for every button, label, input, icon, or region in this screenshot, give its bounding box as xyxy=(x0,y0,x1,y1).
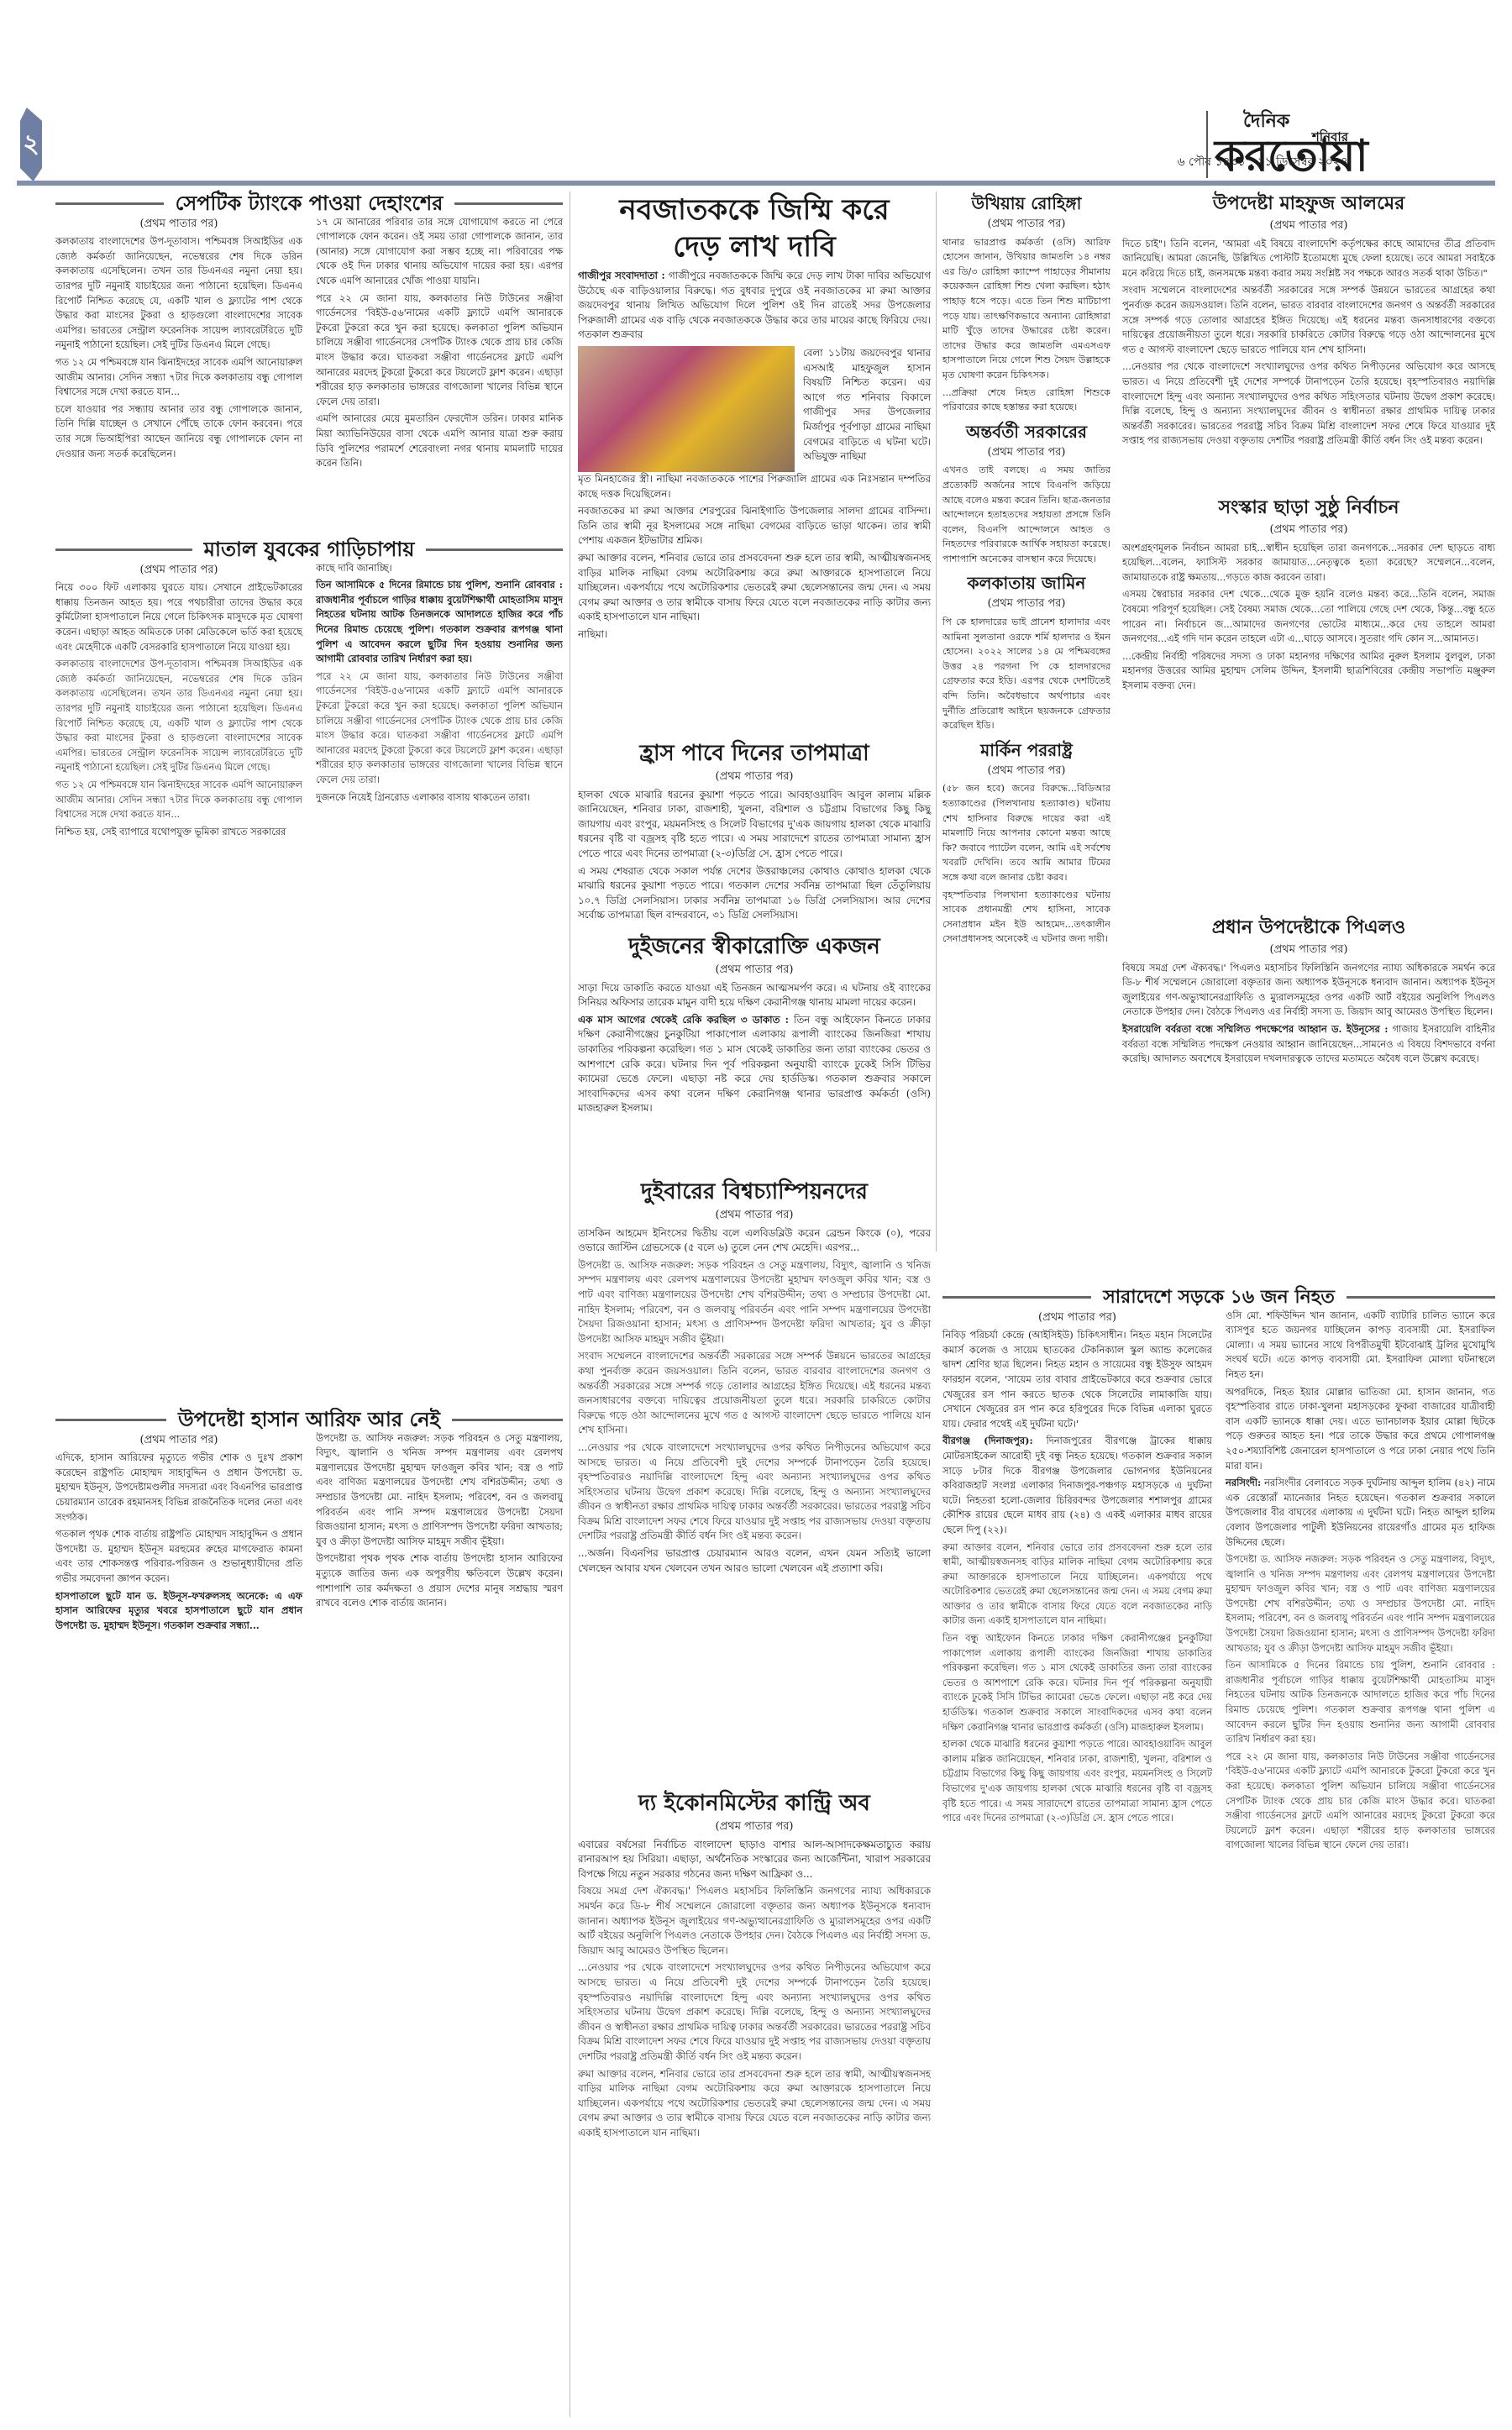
logo-prefix: দৈনিক xyxy=(1243,111,1492,131)
paragraph: (৫৮ জন হবে) জনের বিরুদ্ধে...বিডিআর হত্যা… xyxy=(942,781,1110,884)
continued-label: (প্রথম পাতার পর) xyxy=(1122,522,1495,538)
continued-label: (প্রথম পাতার পর) xyxy=(942,1310,1212,1325)
continued-label: (প্রথম পাতার পর) xyxy=(942,445,1110,460)
headline: মাতাল যুবকের গাড়িচাপায় xyxy=(55,543,563,558)
paragraph: পরে ২২ মে জানা যায়, কলকাতার নিউ টাউনের … xyxy=(316,669,563,788)
paragraph: উপদেষ্টা ড. আসিফ নজরুল: সড়ক পরিবহন ও সে… xyxy=(1226,1552,1495,1656)
paragraph: হালকা থেকে মাঝারি ধরনের কুয়াশা পড়তে পা… xyxy=(578,788,931,862)
paragraph: রুমা আক্তার বলেন, শনিবার ভোরে তার প্রসবব… xyxy=(942,1540,1212,1630)
headline: হ্রাস পাবে দিনের তাপমাত্রা xyxy=(578,739,931,768)
paragraph: সংবাদ সম্মেলনে বাংলাদেশের অন্তর্বর্তী সর… xyxy=(1122,283,1495,357)
article-confession: দুইজনের স্বীকারোক্তি একজন (প্রথম পাতার প… xyxy=(578,932,931,1119)
headline-line-1: নবজাতককে জিম্মি করে xyxy=(578,192,931,228)
paragraph: দিতে চাই"। তিনি বলেন, 'আমরা এই বিষয়ে বা… xyxy=(1122,237,1495,281)
paragraph: নাছিমা। xyxy=(578,627,931,643)
paragraph: কাছে দাবি জানাচ্ছি। xyxy=(316,561,563,576)
paragraph: অংশগ্রহণমূলক নির্বাচন আমরা চাই...স্বাধীন… xyxy=(1122,541,1495,585)
paragraph: কলকাতায় বাংলাদেশের উপ-দূতাবাস। পশ্চিমবঙ… xyxy=(55,657,302,775)
continued-label: (প্রথম পাতার পর) xyxy=(55,1433,302,1448)
page-number-badge: ২ xyxy=(20,108,42,181)
paragraph: ১৭ মে আনারের পরিবার তার সঙ্গে যোগাযোগ কর… xyxy=(316,215,563,289)
paragraph: হাসপাতালে ছুটে যান ড. ইউনূস-ফখরুলসহ অনেক… xyxy=(55,1589,302,1634)
article-hasan-arif: উপদেষ্টা হাসান আরিফ আর নেই (প্রথম পাতার … xyxy=(55,1408,563,2424)
continued-label: (প্রথম পাতার পর) xyxy=(942,596,1110,611)
headline: দুইজনের স্বীকারোক্তি একজন xyxy=(578,932,931,961)
paragraph: এ সময় শেষরাত থেকে সকাল পর্যন্ত দেশের উত… xyxy=(578,864,931,923)
paragraph: হালকা থেকে মাঝারি ধরনের কুয়াশা পড়তে পা… xyxy=(942,1737,1212,1826)
paragraph: নিবিড় পরিচর্যা কেন্দ্রে (আইসিইউ) চিকিৎস… xyxy=(942,1328,1212,1431)
article-us-state: মার্কিন পররাষ্ট্র (প্রথম পাতার পর) (৫৮ জ… xyxy=(942,738,1110,947)
continued-label: (প্রথম পাতার পর) xyxy=(578,769,931,785)
paragraph: তিন বন্ধু আইফোন কিনতে ঢাকার দক্ষিণ কেরান… xyxy=(942,1631,1212,1735)
continued-label: (প্রথম পাতার পর) xyxy=(55,563,302,578)
continued-label: (প্রথম পাতার পর) xyxy=(578,1208,931,1223)
subhead-body: তিন বন্ধু আইফোন কিনতে ঢাকার দক্ষিণ কেরান… xyxy=(578,1014,931,1115)
logo-name: করতোয়া xyxy=(1215,131,1492,181)
news-photo xyxy=(578,346,795,472)
subhead: বীরগঞ্জ (দিনাজপুর): xyxy=(942,1435,1033,1446)
paragraph: রুমা আক্তার বলেন, শনিবার ভোরে তার প্রসবব… xyxy=(578,2067,931,2141)
continued-label: (প্রথম পাতার পর) xyxy=(55,217,302,232)
headline: কলকাতায় জামিন xyxy=(942,571,1110,595)
paragraph: পরে ২২ মে জানা যায়, কলকাতার নিউ টাউনের … xyxy=(316,291,563,410)
continued-label: (প্রথম পাতার পর) xyxy=(942,764,1110,779)
article-matal: মাতাল যুবকের গাড়িচাপায় (প্রথম পাতার পর… xyxy=(55,538,563,1394)
paragraph: উপদেষ্টা ড. আসিফ নজরুল: সড়ক পরিবহন ও সে… xyxy=(578,1258,931,1347)
masthead: ২ শনিবার ৬ পৌষ ১৪৩১ : ২১ ডিসেম্বর ২০২৪ দ… xyxy=(0,0,1512,181)
article-plo: প্রধান উপদেষ্টাকে পিএলও (প্রথম পাতার পর)… xyxy=(1122,916,1495,1069)
paragraph: সংবাদ সম্মেলনে বাংলাদেশের অন্তর্বর্তী সর… xyxy=(578,1349,931,1438)
paragraph: ...অর্জন। বিএনপির ভারপ্রাপ্ত চেয়ারম্যান… xyxy=(578,1546,931,1576)
paragraph: ...নেওয়ার পর থেকে বাংলাদেশে সংখ্যালঘুদে… xyxy=(1122,360,1495,449)
headline-line-2: দেড় লাখ দাবি xyxy=(578,228,931,265)
continued-label: (প্রথম পাতার পর) xyxy=(942,217,1110,232)
article-mahfuz: উপদেষ্টা মাহফুজ আলমের (প্রথম পাতার পর) দ… xyxy=(1122,192,1495,451)
paragraph: ...কেন্দ্রীয় নির্বাহী পরিষদের সদস্য ও ঢ… xyxy=(1122,649,1495,694)
paragraph: কলকাতায় বাংলাদেশের উপ-দূতাবাস। পশ্চিমবঙ… xyxy=(55,234,302,353)
headline: মার্কিন পররাষ্ট্র xyxy=(942,738,1110,762)
paragraph: চলে যাওয়ার পর সন্ধ্যায় আনার তার বন্ধু … xyxy=(55,402,302,461)
masthead-divider xyxy=(1206,111,1208,178)
paragraph: বেলা ১১টায় জয়দেবপুর থানার এসআই মাহফুজু… xyxy=(803,346,931,470)
paragraph: পরে ২২ মে জানা যায়, কলকাতার নিউ টাউনের … xyxy=(1226,1750,1495,1853)
paragraph: ...প্রক্রিয়া শেষে নিহত রোহিঙ্গা শিশুকে … xyxy=(942,386,1110,415)
paragraph: নিয়ে ৩০০ ফিট এলাকায় ঘুরতে যায়। সেখানে… xyxy=(55,580,302,654)
paragraph: গত ১২ মে পশ্চিমবঙ্গে যান ঝিনাইদহের সাবেক… xyxy=(55,355,302,400)
article-interim: অন্তর্বর্তী সরকারের (প্রথম পাতার পর) এখন… xyxy=(942,420,1110,567)
paragraph: তিন আসামিকে ৫ দিনের রিমান্ডে চায় পুলিশ,… xyxy=(1226,1658,1495,1747)
paragraph: নবজাতকের মা রুমা আক্তার শেরপুরের ঝিনাইগা… xyxy=(578,504,931,548)
paragraph: এসময় স্বৈরাচার সরকার দেশ থেকে...থেকে মু… xyxy=(1122,587,1495,646)
headline: দুইবারের বিশ্বচ্যাম্পিয়নদের xyxy=(578,1178,931,1206)
headline: উখিয়ায় রোহিঙ্গা xyxy=(942,192,1110,215)
subhead-body: নরসিংদীর বেলাবতে সড়ক দুর্ঘটনায় আব্দুল … xyxy=(1226,1477,1495,1547)
headline: অন্তর্বর্তী সরকারের xyxy=(942,420,1110,443)
paragraph: ...নেওয়ার পর থেকে বাংলাদেশে সংখ্যালঘুদে… xyxy=(578,1441,931,1544)
paragraph: তিন আসামিকে ৫ দিনের রিমান্ডে চায় পুলিশ,… xyxy=(316,578,563,667)
article-ukhiya: উখিয়ায় রোহিঙ্গা (প্রথম পাতার পর) থানার… xyxy=(942,192,1110,415)
paragraph: রুমা আক্তার বলেন, শনিবার ভোরে তার প্রসবব… xyxy=(578,551,931,625)
continued-label: (প্রথম পাতার পর) xyxy=(1122,218,1495,234)
article-champions: দুইবারের বিশ্বচ্যাম্পিয়নদের (প্রথম পাতা… xyxy=(578,1178,931,1757)
masthead-rule xyxy=(17,181,1495,186)
dateline: গাজীপুর সংবাদদাতা : xyxy=(578,270,665,281)
right-narrow-column: উখিয়ায় রোহিঙ্গা (প্রথম পাতার পর) থানার… xyxy=(942,192,1110,949)
paragraph: সাড়া দিয়ে ডাকাতি করতে যাওয়া এই তিনজন … xyxy=(578,981,931,1010)
continued-label: (প্রথম পাতার পর) xyxy=(1122,942,1495,958)
headline: সেপটিক ট্যাংকে পাওয়া দেহাংশের xyxy=(55,197,563,212)
continued-label: (প্রথম পাতার পর) xyxy=(578,1819,931,1834)
paragraph: এমপি আনারের মেয়ে মুমতারিন ফেরদৌস ডরিন। … xyxy=(316,412,563,470)
column-divider xyxy=(570,192,570,2417)
article-septic: সেপটিক ট্যাংকে পাওয়া দেহাংশের (প্রথম পা… xyxy=(55,192,563,474)
headline: উপদেষ্টা হাসান আরিফ আর নেই xyxy=(55,1413,563,1428)
newspaper-logo[interactable]: দৈনিক করতোয়া xyxy=(1215,111,1492,181)
paragraph: নিশ্চিত হয়, সেই ব্যাপারে যথোপযুক্ত ভূমি… xyxy=(55,825,302,840)
subhead: নরসিংদী: xyxy=(1226,1477,1261,1488)
headline: উপদেষ্টা মাহফুজ আলমের xyxy=(1122,192,1495,217)
article-temperature: হ্রাস পাবে দিনের তাপমাত্রা (প্রথম পাতার … xyxy=(578,739,931,926)
paragraph: মৃত মিনহাজের স্ত্রী। নাছিমা নবজাতককে পাশ… xyxy=(578,472,931,501)
article-road: সারাদেশে সড়কে ১৬ জন নিহত (প্রথম পাতার প… xyxy=(942,1285,1495,2424)
paragraph: বৃহস্পতিবার পিলখানা হত্যাকাণ্ডের ঘটনায় … xyxy=(942,888,1110,947)
headline: দ্য ইকোনমিস্টের কান্ট্রি অব xyxy=(578,1789,931,1818)
headline: প্রধান উপদেষ্টাকে পিএলও xyxy=(1122,916,1495,941)
paragraph: গতকাল পৃথক শোক বার্তায় রাষ্ট্রপতি মোহাম… xyxy=(55,1527,302,1586)
paragraph: ...নেওয়ার পর থেকে বাংলাদেশে সংখ্যালঘুদে… xyxy=(578,1960,931,2064)
paragraph: এখনও তাই বলছে। এ সময় জাতির প্রত্যেকটি অ… xyxy=(942,463,1110,566)
subhead: এক মাস আগের থেকেই রেকি করছিল ৩ ডাকাত : xyxy=(578,1014,789,1026)
article-economist: দ্য ইকোনমিস্টের কান্ট্রি অব (প্রথম পাতার… xyxy=(578,1789,931,2419)
paragraph: এবারের বর্ষসেরা নির্বাচিত বাংলাদেশ ছাড়া… xyxy=(578,1838,931,1882)
paragraph: এদিকে, হাসান আরিফের মৃত্যুতে গভীর শোক ও … xyxy=(55,1451,302,1525)
paragraph: উপদেষ্টা ড. আসিফ নজরুল: সড়ক পরিবহন ও সে… xyxy=(316,1431,563,1550)
article-reform: সংস্কার ছাড়া সুষ্ঠু নির্বাচন (প্রথম পাত… xyxy=(1122,496,1495,696)
paragraph: ওসি মো. শফিউদ্দিন খান জানান, একটি ব্যাটা… xyxy=(1226,1309,1495,1383)
subhead: ইসরায়েলি বর্বরতা বন্ধে সম্মিলিত পদক্ষেপ… xyxy=(1122,1023,1388,1035)
paragraph: বিষয়ে সমগ্র দেশ ঐক্যবদ্ধ।' পিএলও মহাসচি… xyxy=(578,1884,931,1958)
headline: সংস্কার ছাড়া সুষ্ঠু নির্বাচন xyxy=(1122,496,1495,521)
subhead-body: দিনাজপুরের বীরগঞ্জে ট্রাকের ধাক্কায় মোট… xyxy=(942,1435,1212,1535)
paragraph: তাসকিন আহমেদ ইনিংসের দ্বিতীয় বলে এলবিডব… xyxy=(578,1226,931,1256)
article-newborn: নবজাতককে জিম্মি করে দেড় লাখ দাবি গাজীপু… xyxy=(578,192,931,645)
article-kolkata-bail: কলকাতায় জামিন (প্রথম পাতার পর) পি কে হা… xyxy=(942,571,1110,732)
headline: সারাদেশে সড়কে ১৬ জন নিহত xyxy=(942,1290,1495,1305)
paragraph: দুজনকে নিয়েই গ্রিনরোড এলাকার বাসায় থাক… xyxy=(316,790,563,806)
paragraph: পি কে হালদারের ভাই প্রানেশ হালাদার এবং আ… xyxy=(942,615,1110,733)
column-divider xyxy=(936,192,937,1252)
continued-label: (প্রথম পাতার পর) xyxy=(578,963,931,978)
paragraph: থানার ভারপ্রাপ্ত কর্মকর্তা (ওসি) আরিফ হো… xyxy=(942,235,1110,383)
paragraph: অপরদিকে, নিহত ইয়ার মোল্লার ভাতিজা মো. হ… xyxy=(1226,1385,1495,1474)
paragraph: উপদেষ্টারা পৃথক পৃথক শোক বার্তায় উপদেষ্… xyxy=(316,1551,563,1610)
paragraph: গত ১২ মে পশ্চিমবঙ্গে যান ঝিনাইদহের সাবেক… xyxy=(55,778,302,822)
paragraph: বিষয়ে সমগ্র দেশ ঐক্যবদ্ধ।' পিএলও মহাসচি… xyxy=(1122,961,1495,1020)
